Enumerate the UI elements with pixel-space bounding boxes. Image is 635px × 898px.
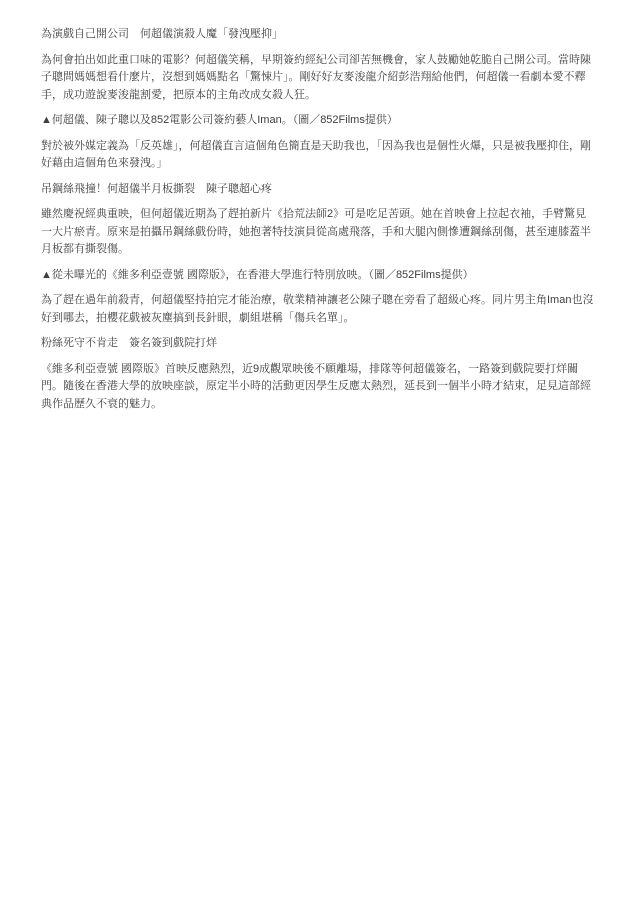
image-caption: ▲從未曝光的《維多利亞壹號 國際版》，在香港大學進行特別放映。（圖／852Fil… [41, 267, 595, 285]
article-paragraph: 《維多利亞壹號 國際版》首映反應熱烈，近9成觀眾映後不願離場，排隊等何超儀簽名，… [41, 361, 595, 414]
section-subheading: 粉絲死守不肯走 簽名簽到戲院打烊 [41, 335, 595, 353]
article-body: 為演戲自己開公司 何超儀演殺人魔「發洩壓抑」 為何會拍出如此重口味的電影？何超儀… [0, 0, 635, 413]
article-paragraph: 對於被外媒定義為「反英雄」，何超儀直言這個角色簡直是天助我也，「因為我也是個性火… [41, 138, 595, 173]
image-caption: ▲何超儀、陳子聰以及852電影公司簽約藝人Iman。（圖／852Films提供） [41, 112, 595, 130]
article-paragraph: 為了趕在過年前殺青，何超儀堅持拍完才能治療，敬業精神讓老公陳子聰在旁看了超級心疼… [41, 292, 595, 327]
section-subheading: 吊鋼絲飛撞！何超儀半月板撕裂 陳子聰超心疼 [41, 181, 595, 199]
article-paragraph: 雖然慶祝經典重映，但何超儀近期為了趕拍新片《拾荒法師2》可是吃足苦頭。她在首映會… [41, 206, 595, 259]
article-heading: 為演戲自己開公司 何超儀演殺人魔「發洩壓抑」 [41, 26, 595, 44]
article-paragraph: 為何會拍出如此重口味的電影？何超儀笑稱，早期簽約經紀公司卻苦無機會，家人鼓勵她乾… [41, 52, 595, 105]
